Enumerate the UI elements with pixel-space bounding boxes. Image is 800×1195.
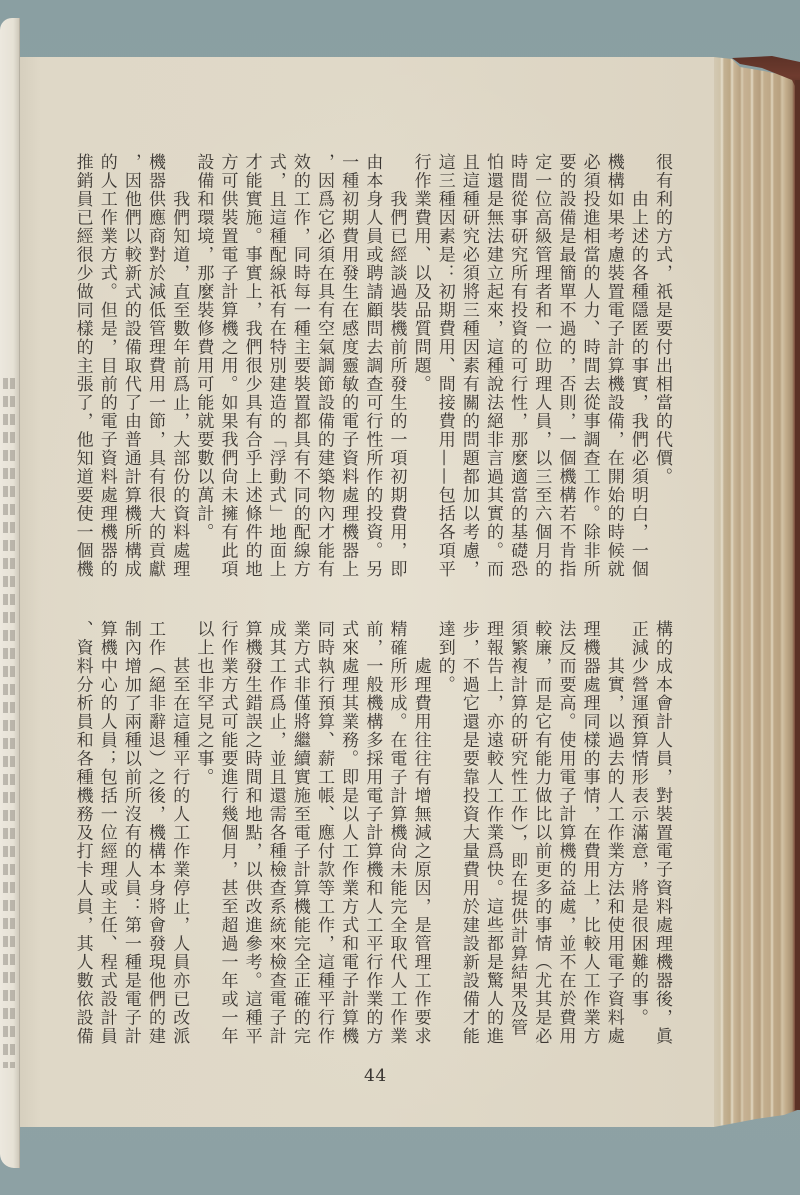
text-column: 推銷員已經很少做同樣的主張了，他知道要使一個機 [70, 153, 94, 581]
text-column: 須繁複計算的研究性工作），即在提供計算結果及管 [505, 620, 529, 1048]
text-column: 機構如果考慮裝置電子計算機設備，在開始的時候就 [602, 153, 626, 581]
text-column: 我們知道，直至數年前爲止，大部份的資料處理 [167, 153, 191, 581]
text-column: 構的成本會計人員，對裝置電子資料處理機器後，眞 [650, 620, 674, 1048]
text-column: 正減少營運預算情形表示滿意，將是很困難的事。 [626, 620, 650, 1048]
text-column: 必須投進相當的人力、時間去從事調查工作。除非所 [577, 153, 601, 581]
text-column: 要的設備是最簡單不過的，否則，一個機構若不肯指 [553, 153, 577, 581]
text-block-bottom: 構的成本會計人員，對裝置電子資料處理機器後，眞 正減少營運預算情形表示滿意，將是… [70, 620, 674, 1048]
text-column: 很有利的方式，祇是要付出相當的代價。 [650, 153, 674, 581]
book-cover-edge [795, 80, 800, 1110]
text-column: 行作業費用、以及品質問題。 [408, 153, 432, 581]
text-column: 算機發生錯誤之時間和地點，以供改進參考。這種平 [239, 620, 263, 1048]
text-column: 我們已經談過裝機前所發生的一項初期費用，即 [384, 153, 408, 581]
text-column: 式來處理其業務。即是以人工作業方式和電子計算機 [336, 620, 360, 1048]
text-column: 才能實施。事實上，我們很少具有合乎上述條件的地 [239, 153, 263, 581]
text-column: ，因他們以較新式的設備取代了由普通計算機所構成 [119, 153, 143, 581]
text-column: 行作業方式可能要進行幾個月，甚至超過一年或一年 [215, 620, 239, 1048]
text-column: 由上述的各種隱匿的事實，我們必須明白，一個 [626, 153, 650, 581]
text-column: 甚至在這種平行的人工作業停止，人員亦已改派 [167, 620, 191, 1048]
text-column: 設備和環境，那麼裝修費用可能就要數以萬計。 [191, 153, 215, 581]
text-column: 精確所形成。在電子計算機尙未能完全取代人工作業 [384, 620, 408, 1048]
text-column: 機器供應商對於減低管理費用一節，具有很大的貢獻 [143, 153, 167, 581]
text-column: 成其工作爲止，並且還需各種檢查系統來檢查電子計 [264, 620, 288, 1048]
text-column: 算機中心的人員；包括一位經理或主任、程式設計員 [95, 620, 119, 1048]
text-column: 由本身人員或聘請顧問去調查可行性所作的投資。另 [360, 153, 384, 581]
text-column: 這三種因素是：初期費用、間接費用——包括各項平 [433, 153, 457, 581]
text-column: 業方式非僅將繼續實施至電子計算機能完全正確的完 [288, 620, 312, 1048]
text-column: 步，不過它還是要靠投資大量費用於建設新設備才能 [457, 620, 481, 1048]
text-column: 工作（絕非辭退）之後，機構本身將會發現他們的建 [143, 620, 167, 1048]
text-column: 同時執行預算、薪工帳、應付款等工作，這種平行作 [312, 620, 336, 1048]
text-column: 較廉，而是它有能力做比以前更多的事情（尤其是必 [529, 620, 553, 1048]
previous-page-edge [0, 18, 20, 1168]
text-column: ，因爲它必須在具有空氣調節設備的建築物內才能有 [312, 153, 336, 581]
text-column: 以上也非罕見之事。 [191, 620, 215, 1048]
page-stack-edge [714, 57, 800, 1127]
text-column: 、資料分析員和各種機務及打卡人員，其人數依設備 [70, 620, 94, 1048]
previous-page-faint-text [3, 378, 16, 1068]
text-column: 定一位高級管理者和一位助理人員，以三至六個月的 [529, 153, 553, 581]
text-column: 式，且這種配線祇有在特別建造的「浮動式」地面上 [264, 153, 288, 581]
text-column: 時間從事研究所有投資的可行性，那麼適當的基礎恐 [505, 153, 529, 581]
text-block-top: 很有利的方式，祇是要付出相當的代價。 由上述的各種隱匿的事實，我們必須明白，一個… [70, 153, 674, 581]
text-column: 制內增加了兩種以前所沒有的人員：第一種是電子計 [119, 620, 143, 1048]
text-column: 理報告上，亦遠較人工作業爲快。這些都是驚人的進 [481, 620, 505, 1048]
page-number: 44 [364, 1066, 387, 1086]
text-column: 前，一般機構多採用電子計算機和人工平行作業的方 [360, 620, 384, 1048]
text-column: 處理費用往往有增無減之原因，是管理工作要求 [408, 620, 432, 1048]
text-column: 方可供裝置電子計算機之用。如果我們尙未擁有此項 [215, 153, 239, 581]
text-column: 其實，以過去的人工作業方法和使用電子資料處 [602, 620, 626, 1048]
text-column: 法反而要高。使用電子計算機的益處，並不在於費用 [553, 620, 577, 1048]
text-column: 一種初期費用發生在感度靈敏的電子資料處理機器上 [336, 153, 360, 581]
text-column: 效的工作，同時每一種主要裝置都具有不同的配線方 [288, 153, 312, 581]
text-column: 且這種研究必須將三種因素有關的問題都加以考慮， [457, 153, 481, 581]
text-column: 理機器處理同樣的事情，在費用上，比較人工作業方 [577, 620, 601, 1048]
text-column: 怕還是無法建立起來，這種說法絕非言過其實的。而 [481, 153, 505, 581]
text-column: 達到的。 [433, 620, 457, 1048]
text-column: 的人工作業方式。但是，目前的電子資料處理機器的 [95, 153, 119, 581]
